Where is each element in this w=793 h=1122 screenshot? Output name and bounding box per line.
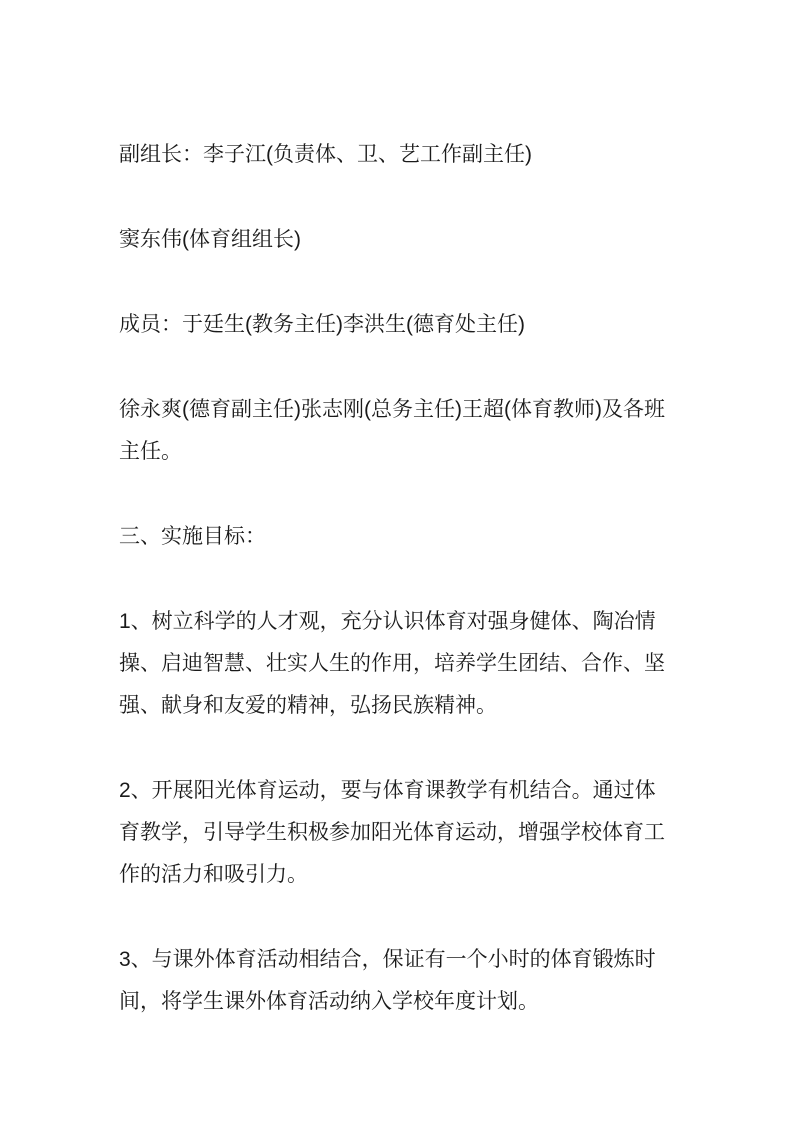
paragraph-goal-2: 2、开展阳光体育运动，要与体育课教学有机结合。通过体育教学，引导学生积极参加阳光… bbox=[119, 770, 671, 896]
paragraph-dou-dongwei: 窦东伟(体育组组长) bbox=[119, 219, 671, 261]
paragraph-members-continued: 徐永爽(德育副主任)张志刚(总务主任)王超(体育教师)及各班主任。 bbox=[119, 389, 671, 473]
document-body: 副组长：李子江(负责体、卫、艺工作副主任) 窦东伟(体育组组长) 成员：于廷生(… bbox=[119, 134, 671, 1023]
paragraph-deputy-leader: 副组长：李子江(负责体、卫、艺工作副主任) bbox=[119, 134, 671, 176]
section-heading-implementation-goals: 三、实施目标： bbox=[119, 516, 671, 558]
paragraph-goal-3: 3、与课外体育活动相结合，保证有一个小时的体育锻炼时间，将学生课外体育活动纳入学… bbox=[119, 939, 671, 1023]
paragraph-members: 成员：于廷生(教务主任)李洪生(德育处主任) bbox=[119, 304, 671, 346]
document-page: 副组长：李子江(负责体、卫、艺工作副主任) 窦东伟(体育组组长) 成员：于廷生(… bbox=[0, 0, 793, 1122]
paragraph-goal-1: 1、树立科学的人才观，充分认识体育对强身健体、陶冶情操、启迪智慧、壮实人生的作用… bbox=[119, 601, 671, 727]
